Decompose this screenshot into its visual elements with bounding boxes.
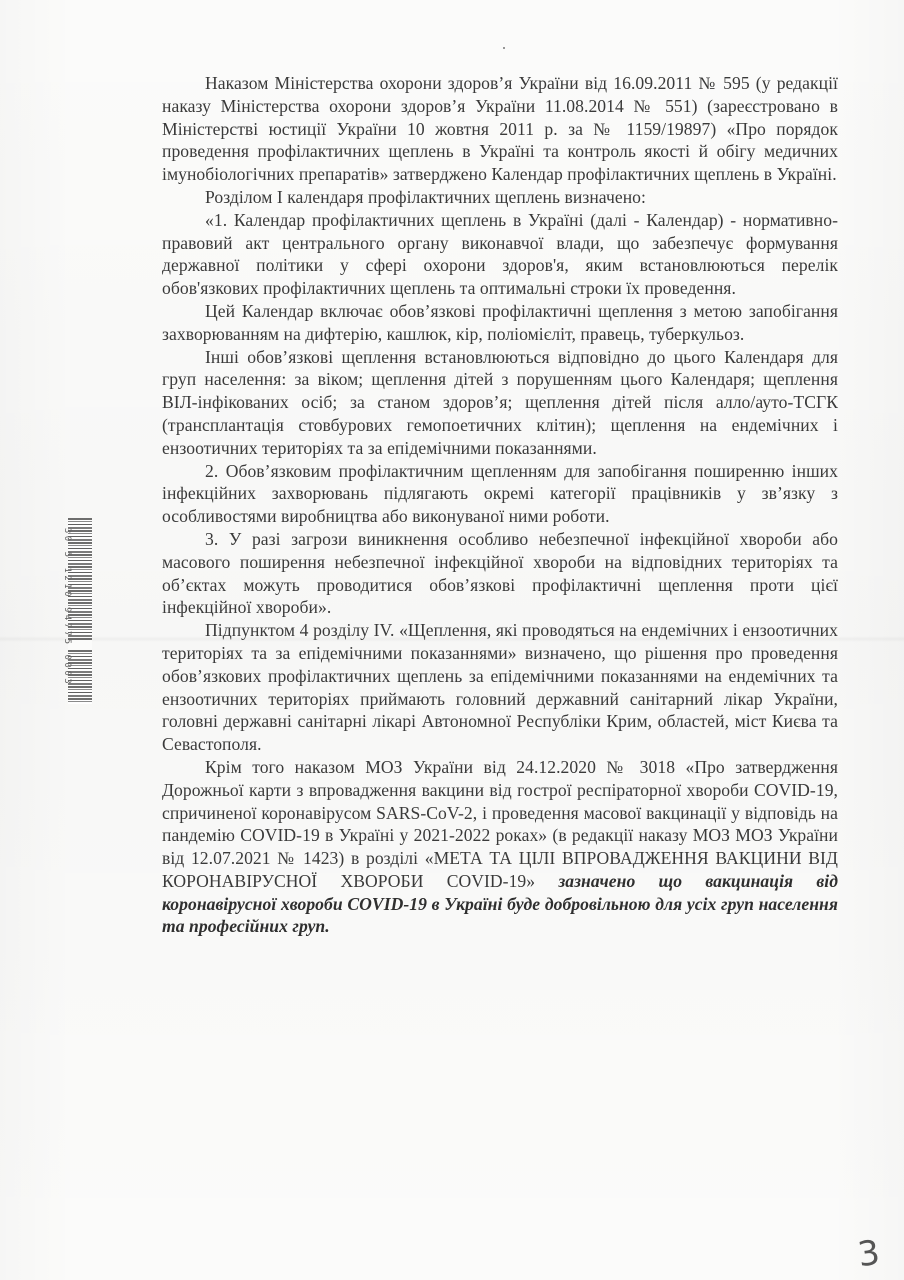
- barcode-digits: 30 5 1210 94775 0003: [62, 512, 72, 702]
- paragraph-item-1: «1. Календар профілактичних щеплень в Ук…: [162, 209, 838, 300]
- barcode: 30 5 1210 94775 0003: [56, 518, 96, 704]
- paragraph-calendar-includes: Цей Календар включає обов’язкові профіла…: [162, 300, 838, 346]
- paragraph-item-3: 3. У разі загрози виникнення особливо не…: [162, 528, 838, 619]
- paragraph-other-vaccinations: Інші обов’язкові щеплення встановлюються…: [162, 346, 838, 460]
- paragraph-subitem-4-section-iv: Підпунктом 4 розділу ІV. «Щеплення, які …: [162, 619, 838, 756]
- paragraph-section-i-intro: Розділом І календаря профілактичних щепл…: [162, 186, 838, 209]
- scan-speck: [503, 47, 505, 49]
- document-body: Наказом Міністерства охорони здоров’я Ук…: [162, 72, 838, 938]
- handwritten-page-number: 3: [855, 1233, 882, 1276]
- paragraph-order-595: Наказом Міністерства охорони здоров’я Ук…: [162, 72, 838, 186]
- paragraph-order-3018: Крім того наказом МОЗ України від 24.12.…: [162, 756, 838, 938]
- paragraph-item-2: 2. Обов’язковим профілактичним щепленням…: [162, 460, 838, 528]
